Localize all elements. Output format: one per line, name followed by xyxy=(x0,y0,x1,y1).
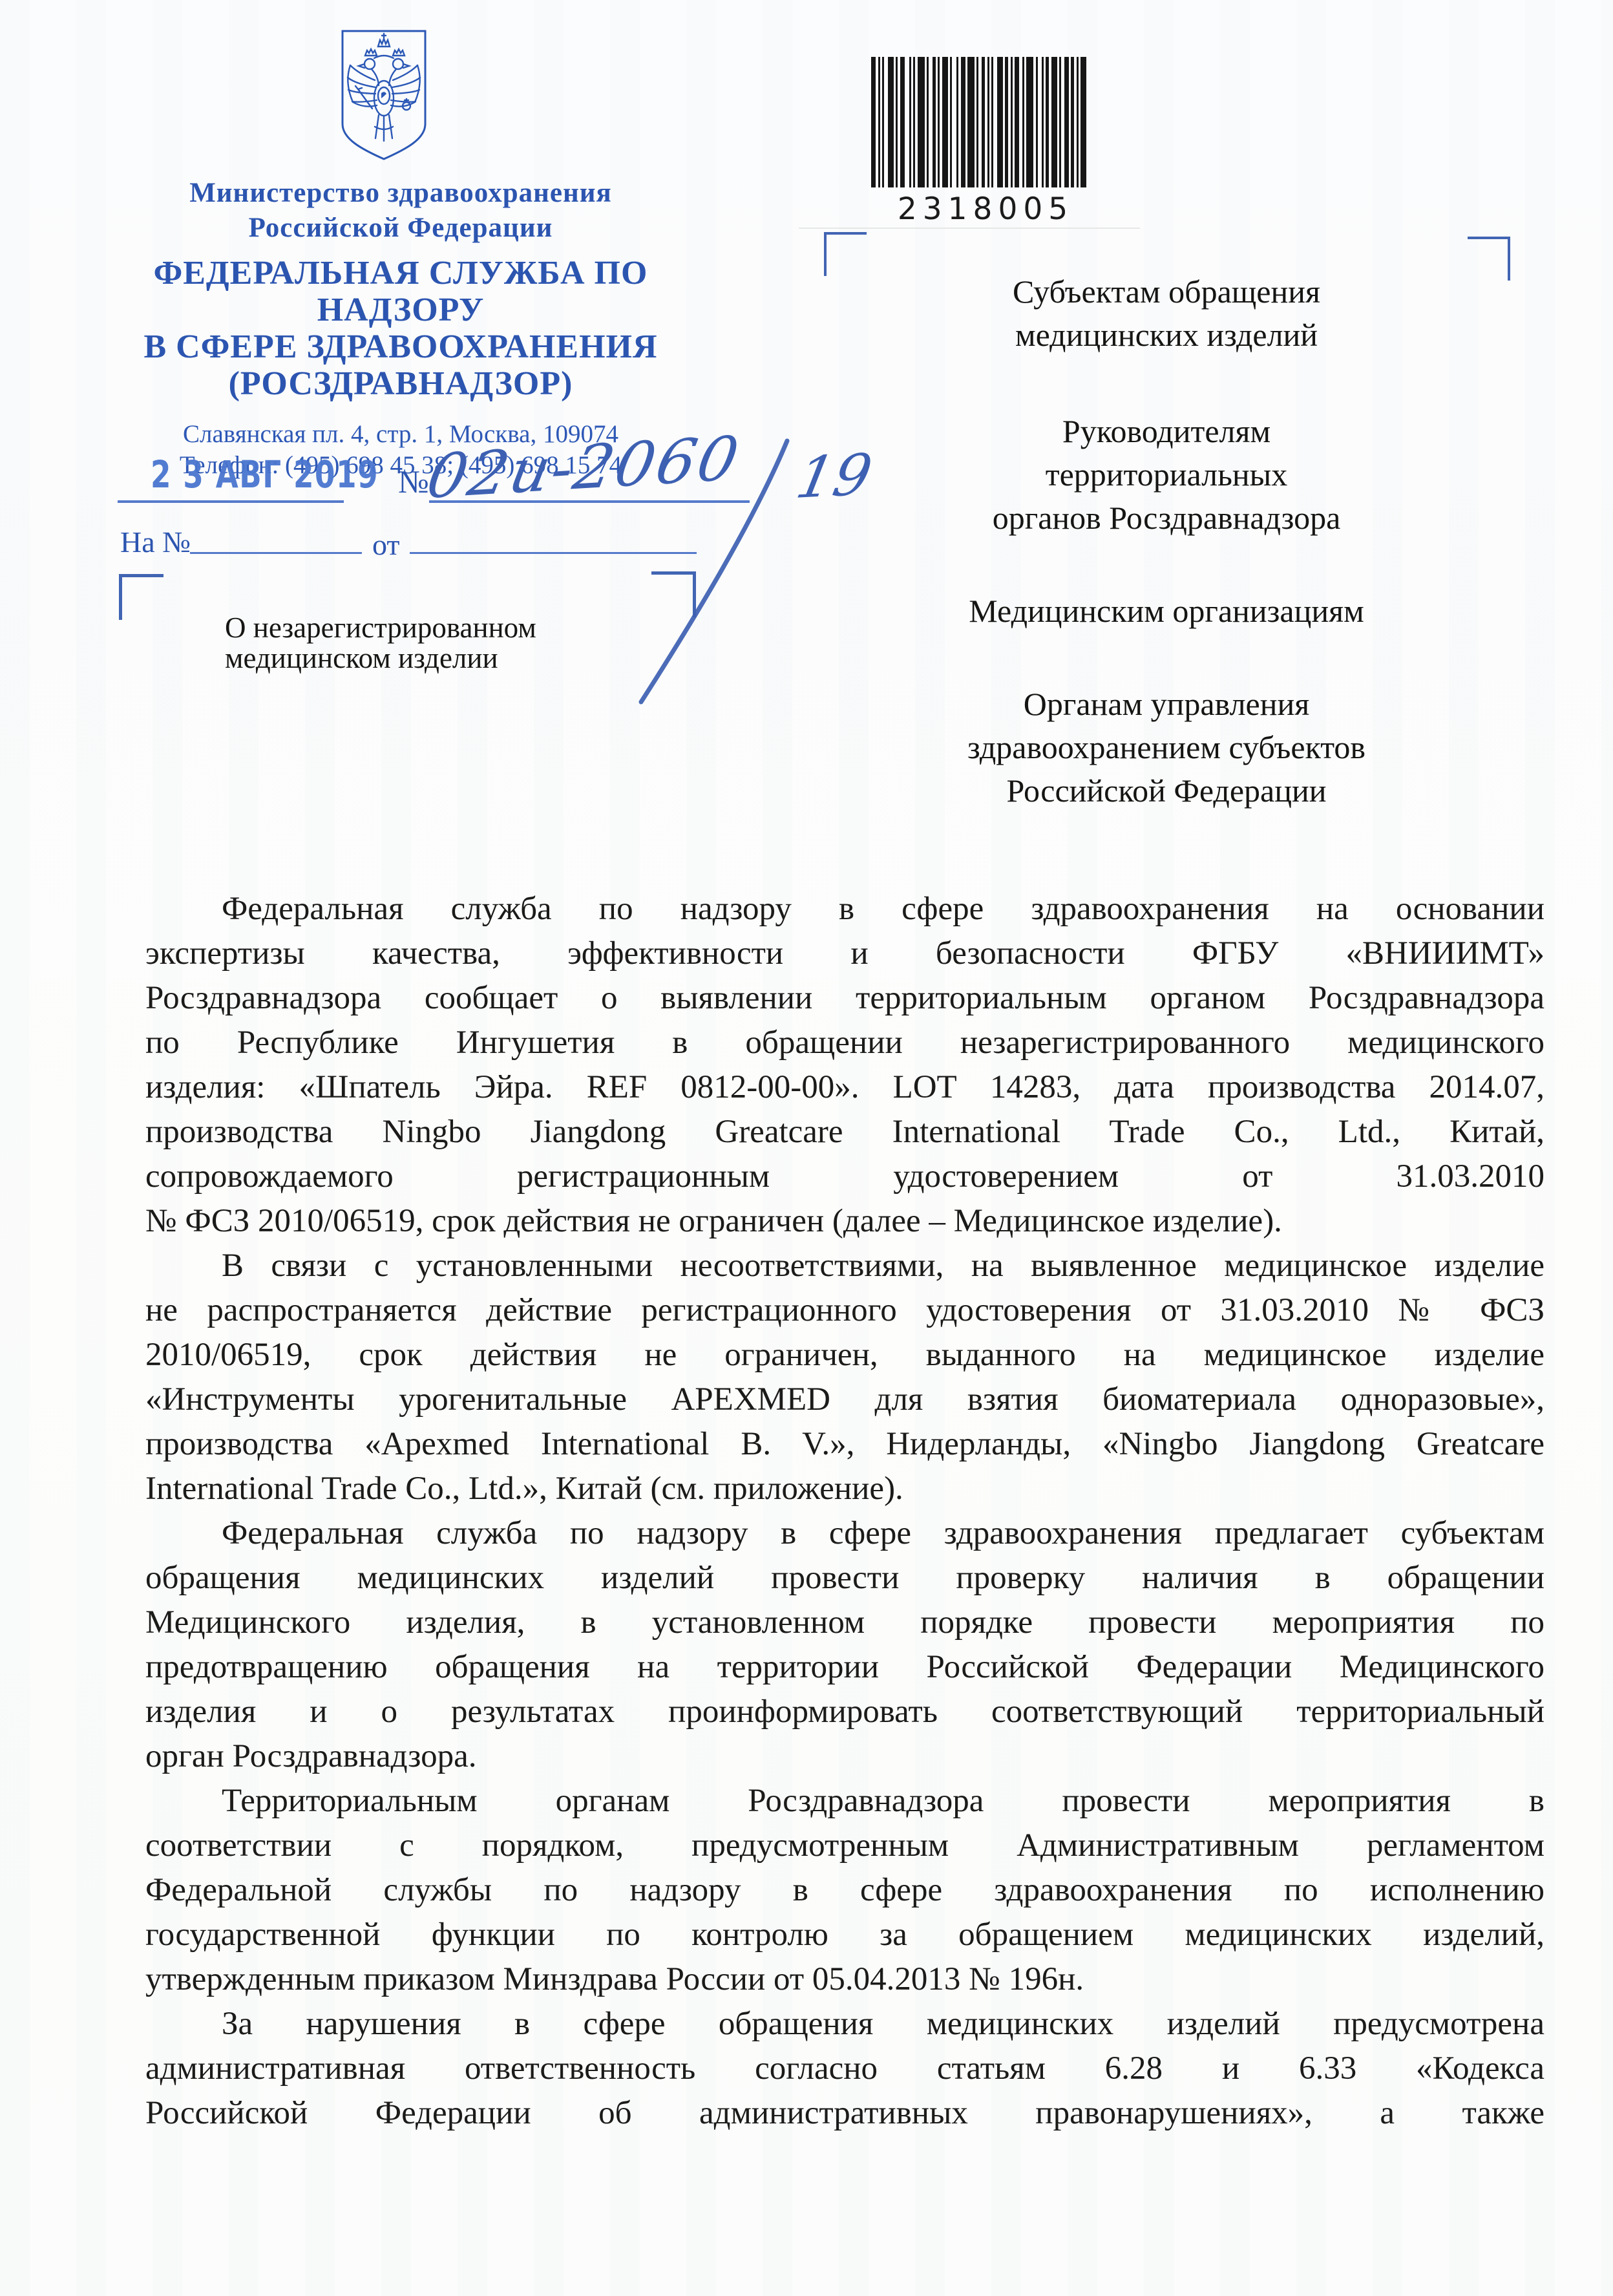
addressee-line: Субъектам обращения xyxy=(866,270,1467,314)
body-line: Федеральная служба по надзору в сфере зд… xyxy=(145,1511,1544,1556)
subject-line: медицинском изделии xyxy=(225,643,536,674)
body-line: государственной функции по контролю за о… xyxy=(145,1913,1544,1957)
service-name-line: (РОСЗДРАВНАДЗОР) xyxy=(90,365,711,402)
body-line: Территориальным органам Росздравнадзора … xyxy=(145,1779,1544,1823)
addressee-line: медицинских изделий xyxy=(866,314,1467,357)
subject-corner-bracket-right xyxy=(651,571,696,617)
subject-corner-bracket-left xyxy=(119,574,163,620)
reply-date-label: от xyxy=(372,527,400,562)
addressee-line: Медицинским организациям xyxy=(866,590,1467,633)
service-name-line: ФЕДЕРАЛЬНАЯ СЛУЖБА ПО НАДЗОРУ xyxy=(90,255,711,328)
addressee-line: территориальных xyxy=(866,453,1467,496)
body-line: экспертизы качества, эффективности и без… xyxy=(145,931,1544,976)
addressee-line: здравоохранением субъектов xyxy=(866,726,1467,769)
subject-line: О незарегистрированном xyxy=(225,613,536,643)
addressee-group: Органам управленияздравоохранением субъе… xyxy=(866,683,1467,813)
addressee-line: Российской Федерации xyxy=(866,769,1467,813)
addressee-corner-bracket-left xyxy=(824,232,867,276)
number-underline xyxy=(429,500,750,503)
addressee-group: Субъектам обращениямедицинских изделий xyxy=(866,270,1467,357)
body-line: Росздравнадзора сообщает о выявлении тер… xyxy=(145,976,1544,1021)
body-line: производства Ningbo Jiangdong Greatcare … xyxy=(145,1110,1544,1154)
body-line: № ФСЗ 2010/06519, срок действия не огран… xyxy=(145,1199,1544,1244)
reply-date-underline xyxy=(410,552,697,554)
registration-barcode: 2318005 xyxy=(871,57,1100,227)
body-line: изделия и о результатах проинформировать… xyxy=(145,1690,1544,1734)
body-line: орган Росздравнадзора. xyxy=(145,1734,1544,1779)
body-line: утвержденным приказом Минздрава России о… xyxy=(145,1957,1544,2002)
body-line: по Республике Ингушетия в обращении неза… xyxy=(145,1021,1544,1065)
letter-body: Федеральная служба по надзору в сфере зд… xyxy=(145,887,1544,2136)
body-line: обращения медицинских изделий провести п… xyxy=(145,1556,1544,1600)
date-stamp: 2 3 АВГ 2019 xyxy=(151,452,379,496)
addressee-line: Руководителям xyxy=(866,410,1467,453)
body-line: «Инструменты урогенитальные APEXMED для … xyxy=(145,1377,1544,1422)
body-line: За нарушения в сфере обращения медицинск… xyxy=(145,2002,1544,2046)
body-line: 2010/06519, срок действия не ограничен, … xyxy=(145,1333,1544,1377)
barcode-digits: 2318005 xyxy=(871,191,1100,227)
handwritten-outgoing-number-year: 19 xyxy=(791,441,878,511)
reply-number-label: На № xyxy=(120,525,191,559)
addressee-corner-bracket-right xyxy=(1468,237,1510,281)
addressee-line: Органам управления xyxy=(866,683,1467,726)
addressee-block: Субъектам обращениямедицинских изделийРу… xyxy=(866,270,1467,813)
date-underline xyxy=(118,500,344,503)
barcode-bars xyxy=(871,57,1100,187)
body-line: соответствии с порядком, предусмотренным… xyxy=(145,1823,1544,1868)
body-line: Медицинского изделия, в установленном по… xyxy=(145,1600,1544,1645)
barcode-label-edge xyxy=(799,228,1140,229)
subject-block: О незарегистрированном медицинском издел… xyxy=(225,613,536,674)
body-line: Российской Федерации об административных… xyxy=(145,2091,1544,2136)
body-line: административная ответственность согласн… xyxy=(145,2046,1544,2091)
ministry-name-line: Министерство здравоохранения xyxy=(90,176,711,211)
body-line: Федеральной службы по надзору в сфере зд… xyxy=(145,1868,1544,1913)
body-line: International Trade Co., Ltd.», Китай (с… xyxy=(145,1467,1544,1511)
ministry-name-line: Российской Федерации xyxy=(90,211,711,246)
body-line: Федеральная служба по надзору в сфере зд… xyxy=(145,887,1544,931)
body-line: изделия: «Шпатель Эйра. REF 0812-00-00».… xyxy=(145,1065,1544,1110)
body-line: предотвращению обращения на территории Р… xyxy=(145,1645,1544,1690)
service-name-line: В СФЕРЕ ЗДРАВООХРАНЕНИЯ xyxy=(90,328,711,365)
addressee-group: Руководителямтерриториальныхорганов Росз… xyxy=(866,410,1467,540)
body-line: производства «Apexmed International B. V… xyxy=(145,1422,1544,1467)
scanned-letter-page: Министерство здравоохранения Российской … xyxy=(0,0,1613,2296)
coat-of-arms-icon xyxy=(338,28,430,163)
reply-number-underline xyxy=(190,552,362,554)
body-line: не распространяется действие регистрацио… xyxy=(145,1288,1544,1333)
body-line: сопровождаемого регистрационным удостове… xyxy=(145,1154,1544,1199)
body-line: В связи с установленными несоответствиям… xyxy=(145,1244,1544,1288)
addressee-group: Медицинским организациям xyxy=(866,590,1467,633)
addressee-line: органов Росздравнадзора xyxy=(866,496,1467,540)
